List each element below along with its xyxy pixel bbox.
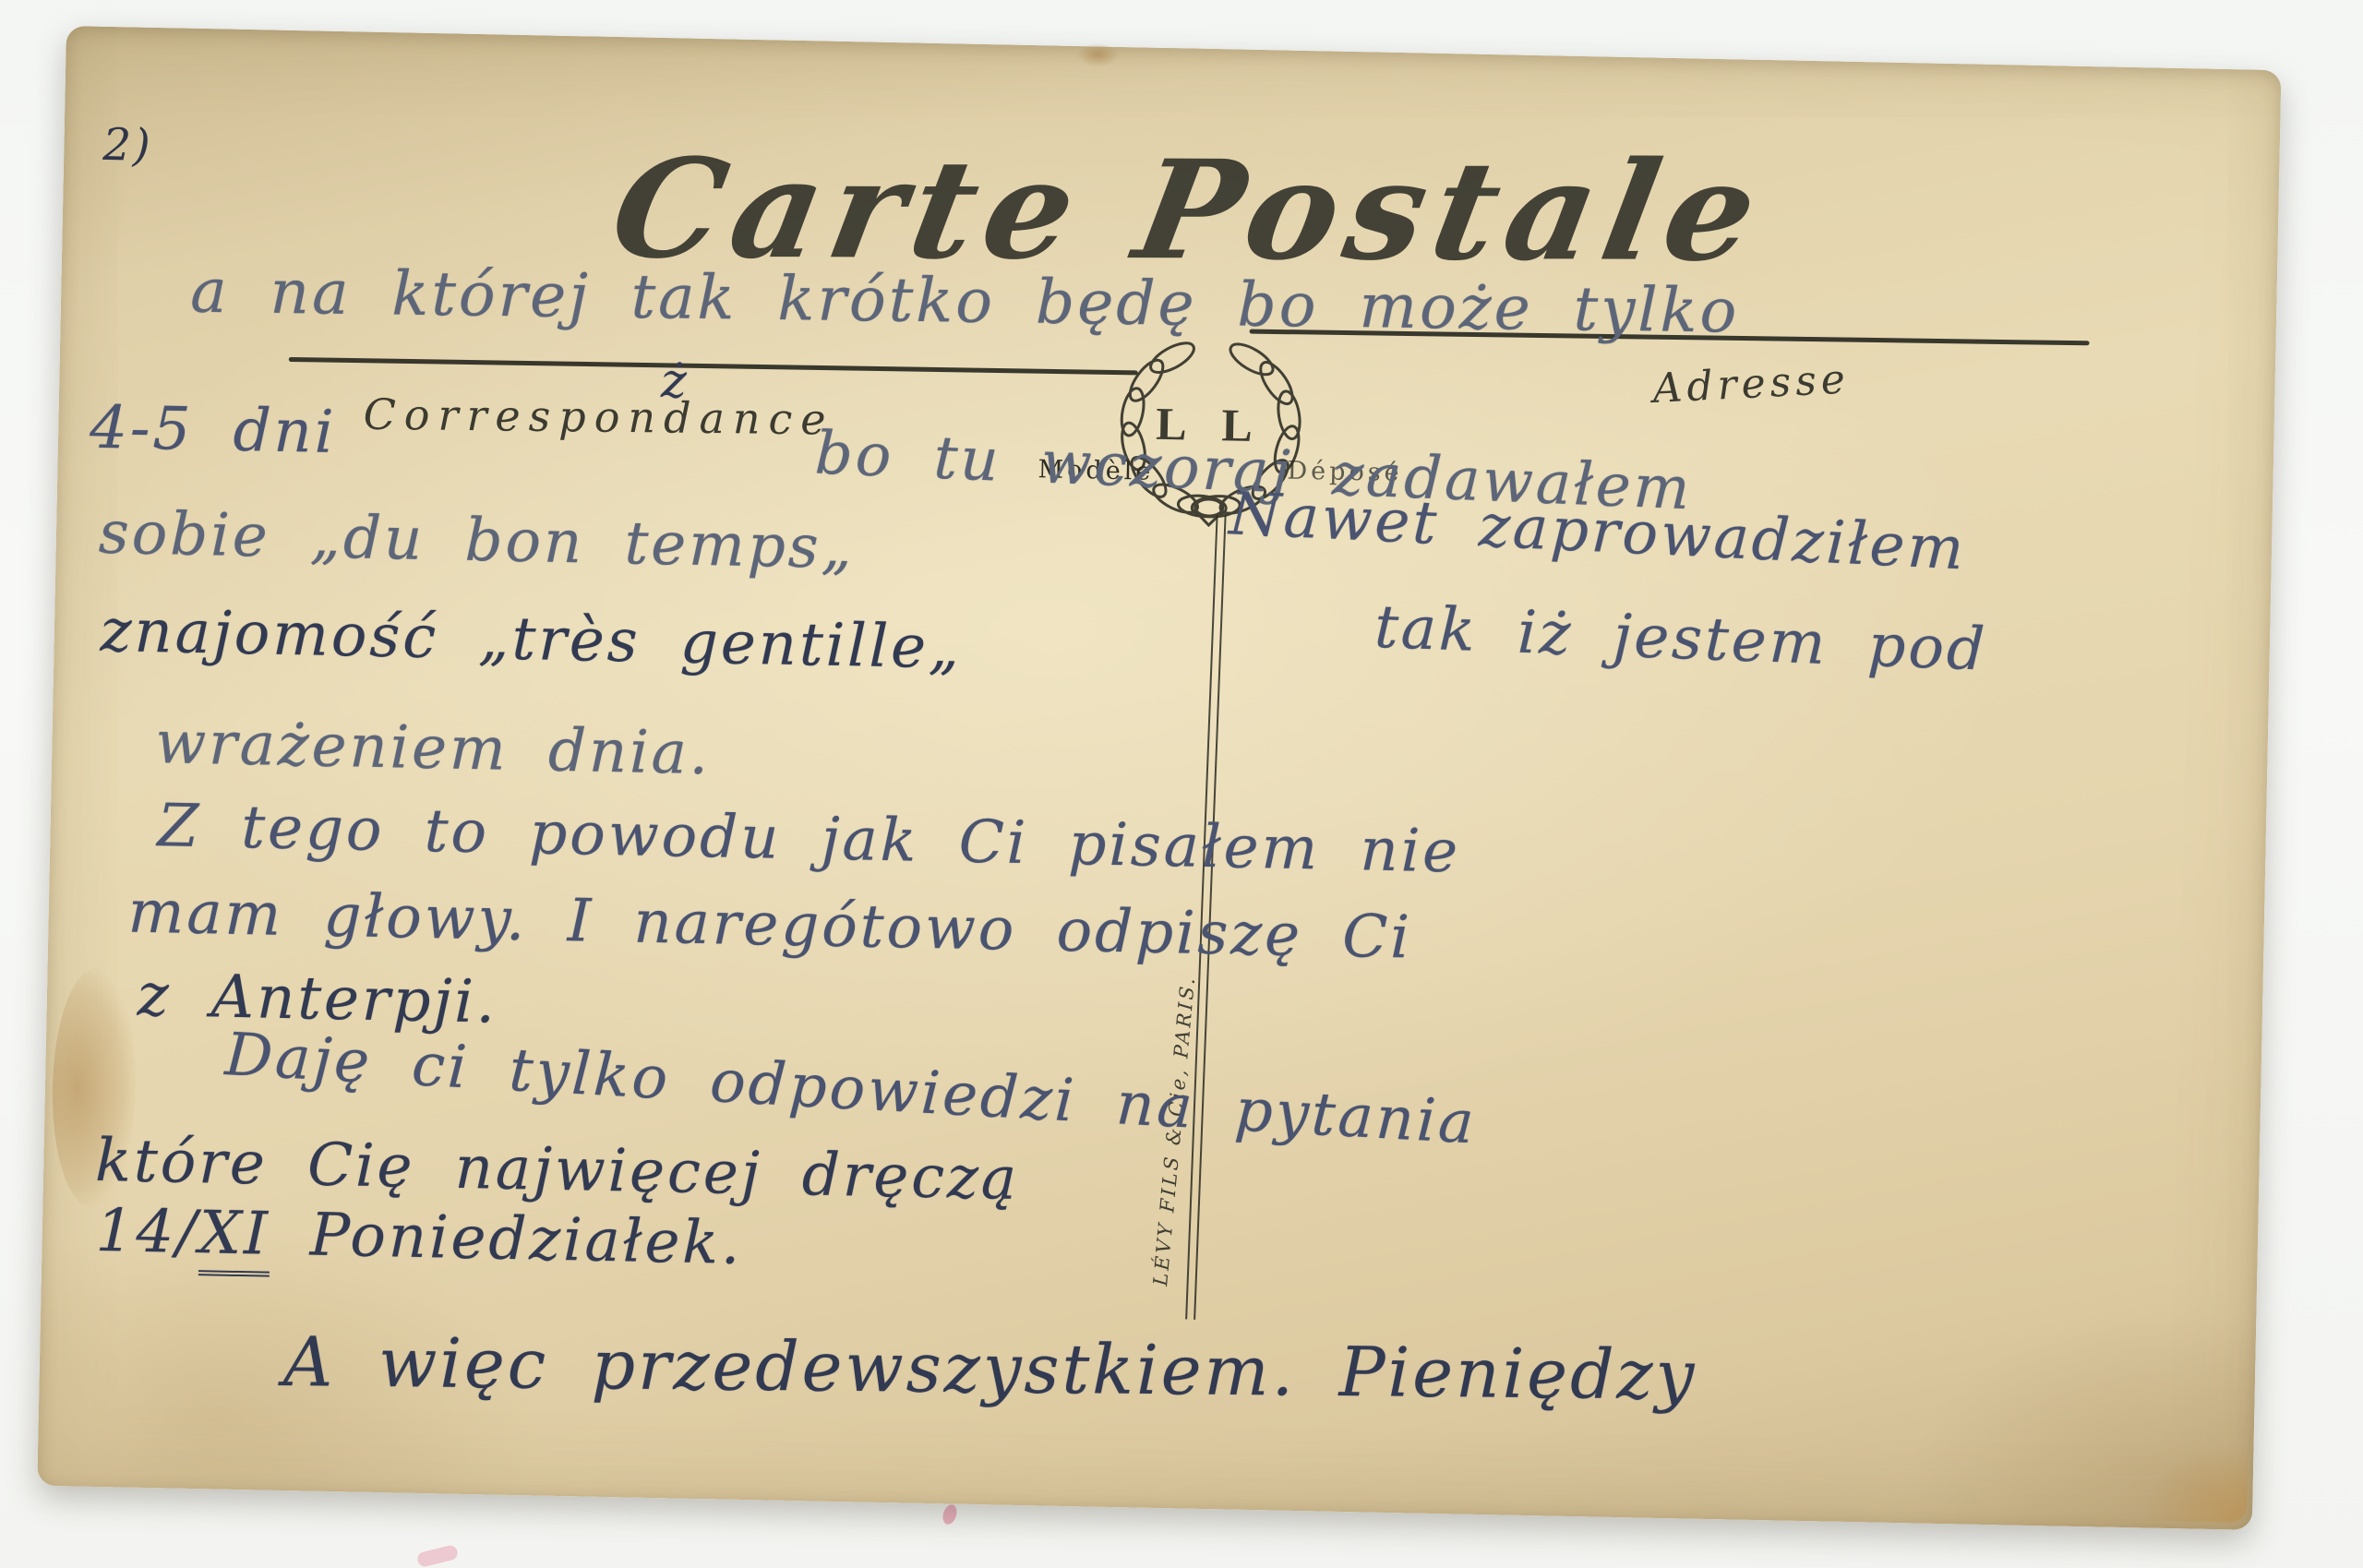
date-roman-numeral: XI [198, 1199, 270, 1277]
handwriting-line: sobie „du bon temps„ [98, 499, 855, 582]
handwriting-line: mam głowy. I naregótowo odpiszę Ci [127, 879, 1412, 973]
correspondance-label: Correspondance [363, 389, 834, 445]
handwriting-line: tak iż jestem pod [1373, 593, 1988, 685]
handwriting-line: A więc przedewszystkiem. Pieniędzy [283, 1323, 1697, 1416]
handwriting-date-line: 14/XI Poniedziałek. [95, 1197, 743, 1278]
date-rest: Poniedziałek. [270, 1201, 743, 1278]
collector-notation: 2) [102, 119, 152, 172]
worn-corner [2136, 1437, 2249, 1522]
postcard: 2) Carte Postale Correspondance Adresse … [37, 26, 2281, 1530]
printed-rule-left [289, 357, 1138, 375]
paper-stain [1076, 42, 1120, 67]
scanner-pink-mark [941, 1502, 959, 1526]
handwriting-correction: ż [661, 353, 690, 410]
handwriting-line: 4-5 dni [90, 394, 337, 467]
handwriting-line: wrażeniem dnia. [155, 709, 712, 788]
scanner-pink-mark [416, 1544, 460, 1568]
handwriting-line: Z tego to powodu jak Ci pisałem nie [157, 792, 1461, 886]
adresse-label: Adresse [1651, 355, 1850, 413]
date-prefix: 14/ [95, 1197, 199, 1267]
handwriting-line: znajomość „très gentille„ [100, 597, 963, 683]
